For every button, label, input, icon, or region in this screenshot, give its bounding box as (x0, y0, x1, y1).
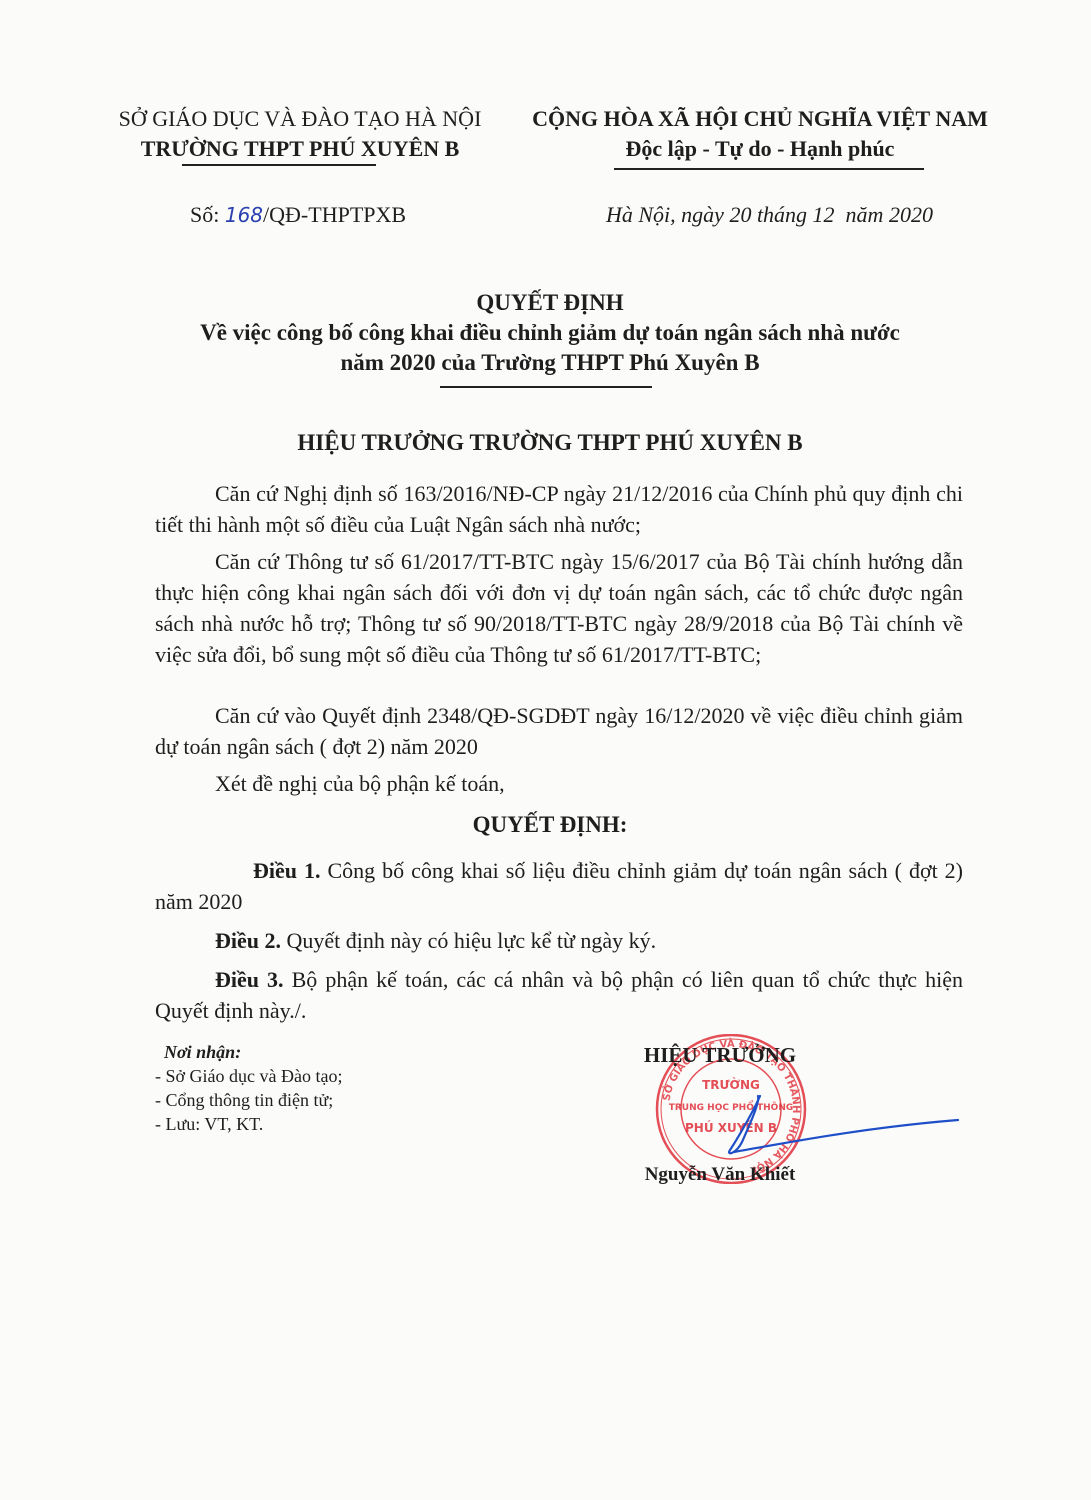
recipient-item: - Cổng thông tin điện tử; (155, 1088, 342, 1112)
article-3: Điều 3. Bộ phận kế toán, các cá nhân và … (155, 964, 963, 1026)
preamble-item: Căn cứ Nghị định số 163/2016/NĐ-CP ngày … (155, 478, 963, 540)
decision-heading: QUYẾT ĐỊNH: (120, 810, 980, 840)
article-label: Điều 3. (215, 967, 284, 992)
preamble-item: Căn cứ vào Quyết định 2348/QĐ-SGDĐT ngày… (155, 700, 963, 762)
preamble-item: Căn cứ Thông tư số 61/2017/TT-BTC ngày 1… (155, 546, 963, 670)
recipient-item: - Lưu: VT, KT. (155, 1112, 342, 1136)
signer-title: HIỆU TRƯỞNG (610, 1040, 830, 1070)
school-name: TRƯỜNG THPT PHÚ XUYÊN B (80, 134, 520, 164)
authority-heading: HIỆU TRƯỞNG TRƯỜNG THPT PHÚ XUYÊN B (120, 428, 980, 458)
issuing-authority: SỞ GIÁO DỤC VÀ ĐÀO TẠO HÀ NỘI TRƯỜNG THP… (80, 104, 520, 164)
article-1: Điều 1. Công bố công khai số liệu điều c… (155, 855, 963, 917)
article-2: Điều 2. Quyết định này có hiệu lực kể từ… (155, 925, 963, 956)
subject-line-2: năm 2020 của Trường THPT Phú Xuyên B (120, 348, 980, 378)
document-title: QUYẾT ĐỊNH (120, 288, 980, 318)
document-number: Số: 168/QĐ-THPTPXB (190, 200, 406, 230)
recipients-heading: Nơi nhận: (155, 1040, 342, 1064)
article-label: Điều 1. (253, 858, 321, 883)
handwritten-number: 168 (225, 203, 263, 227)
school-name-underline (182, 164, 376, 166)
national-motto: CỘNG HÒA XÃ HỘI CHỦ NGHĨA VIỆT NAM Độc l… (500, 104, 1020, 164)
recipient-item: - Sở Giáo dục và Đào tạo; (155, 1064, 342, 1088)
document-title-block: QUYẾT ĐỊNH Về việc công bố công khai điề… (120, 288, 980, 378)
signer-name: Nguyễn Văn Khiết (610, 1160, 830, 1190)
place-date: Hà Nội, ngày 20 tháng 12 năm 2020 (606, 200, 933, 230)
country-name: CỘNG HÒA XÃ HỘI CHỦ NGHĨA VIỆT NAM (500, 104, 1020, 134)
motto-underline (614, 168, 924, 170)
recipients: Nơi nhận: - Sở Giáo dục và Đào tạo; - Cổ… (155, 1040, 342, 1136)
department-name: SỞ GIÁO DỤC VÀ ĐÀO TẠO HÀ NỘI (80, 104, 520, 134)
subject-line-1: Về việc công bố công khai điều chỉnh giả… (120, 318, 980, 348)
preamble-item: Xét đề nghị của bộ phận kế toán, (155, 768, 963, 799)
title-underline (440, 386, 652, 388)
article-label: Điều 2. (215, 928, 281, 953)
motto: Độc lập - Tự do - Hạnh phúc (500, 134, 1020, 164)
signature-icon (720, 1080, 960, 1170)
